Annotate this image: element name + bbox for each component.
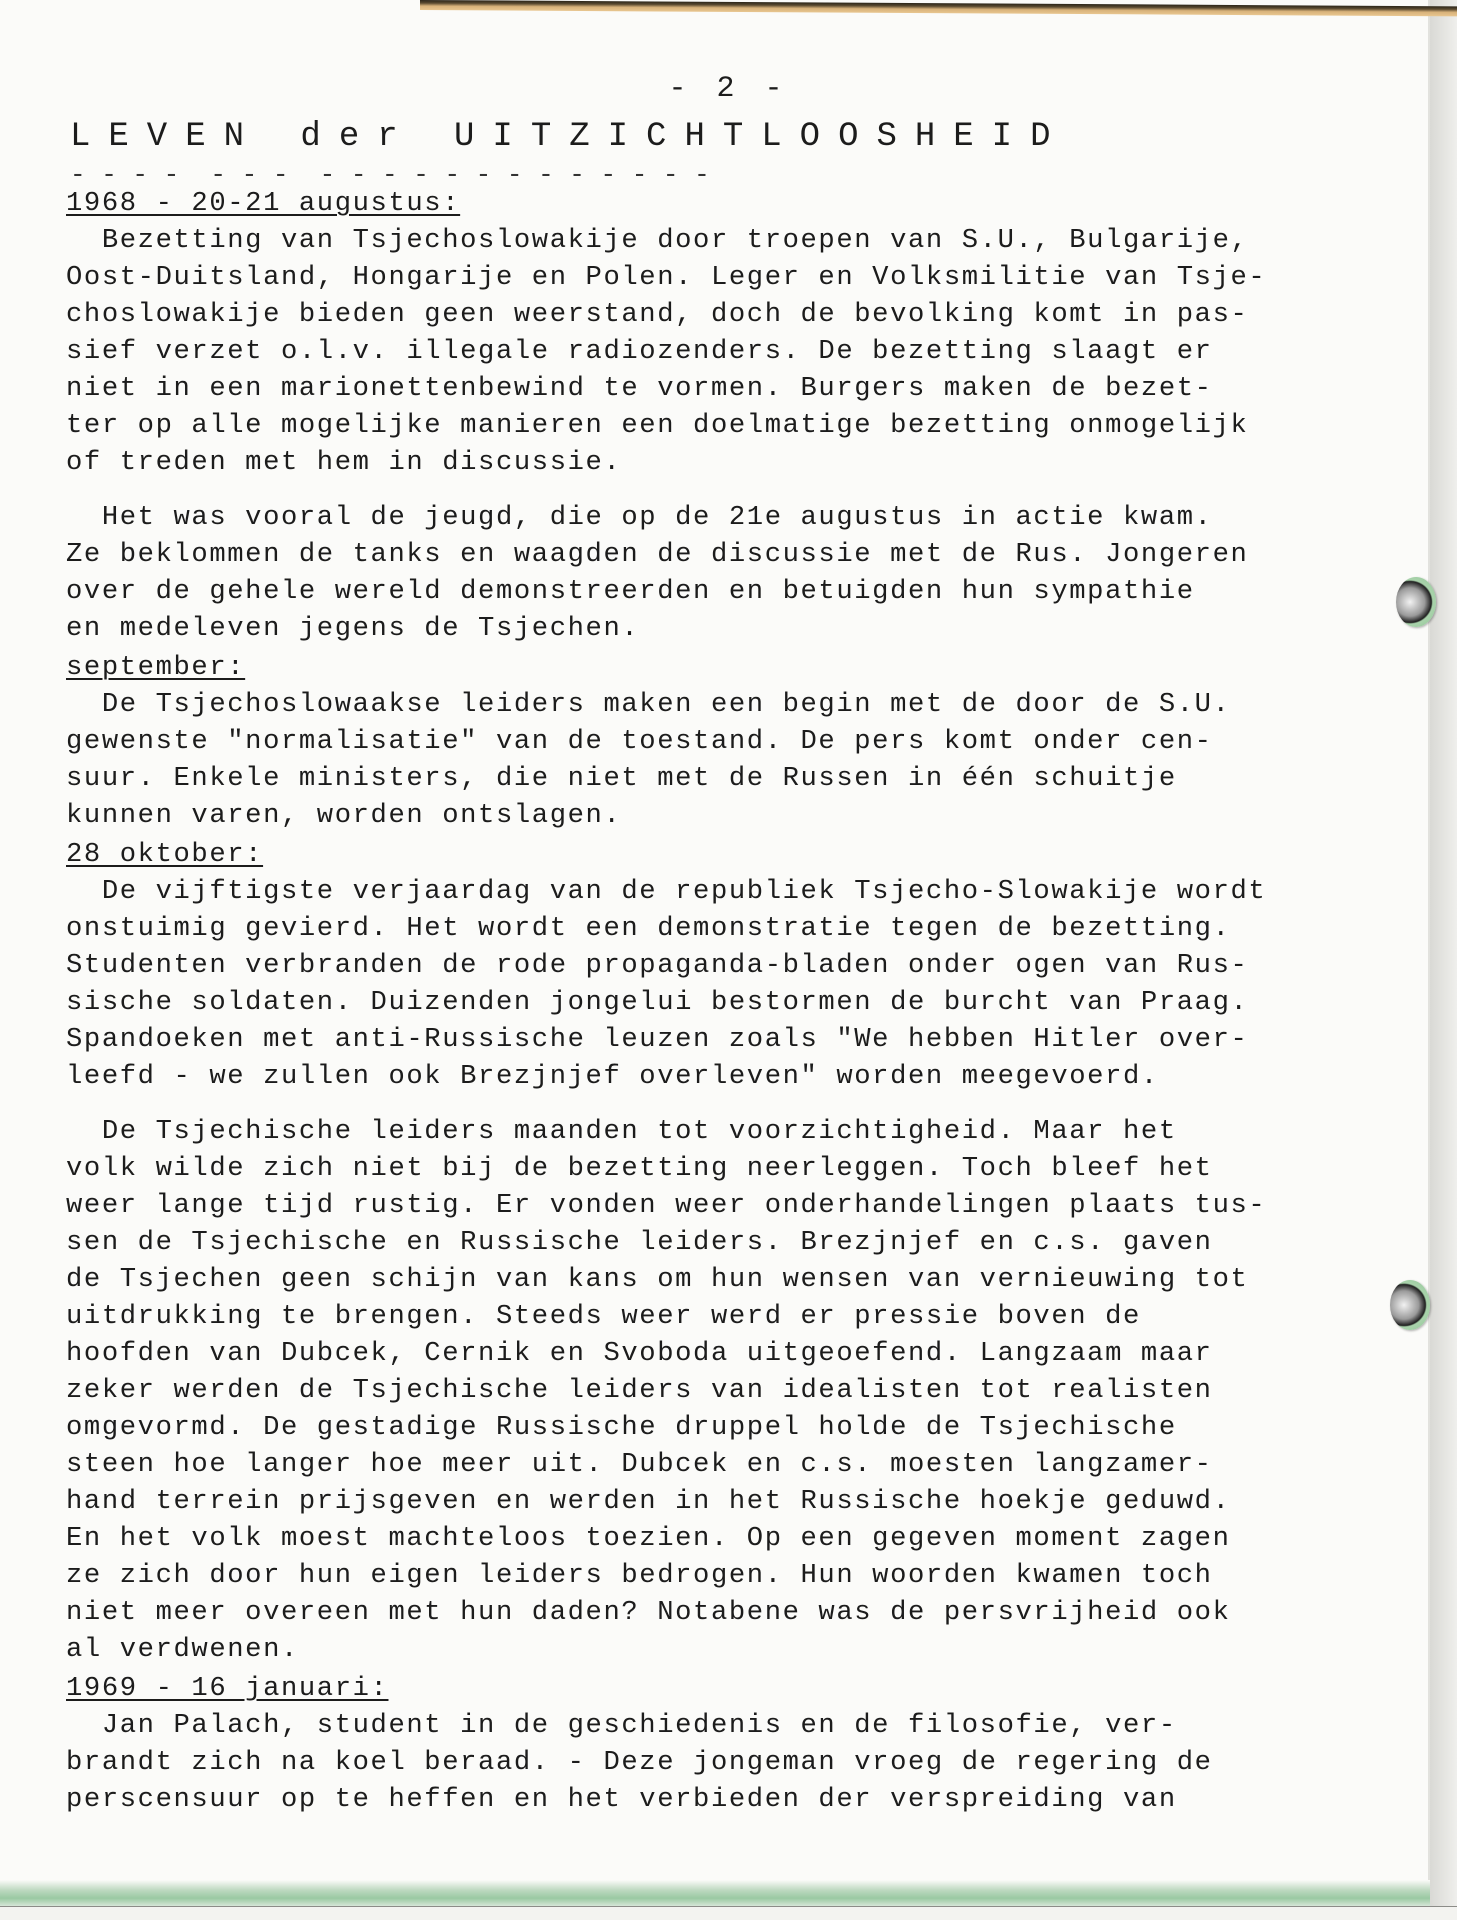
text-line: Het was vooral de jeugd, die op de 21e a… — [66, 499, 1406, 536]
text-line: al verdwenen. — [66, 1631, 1406, 1668]
paragraph: Jan Palach, student in de geschiedenis e… — [66, 1707, 1406, 1818]
text-line: Spandoeken met anti-Russische leuzen zoa… — [66, 1021, 1406, 1058]
text-line: of treden met hem in discussie. — [66, 444, 1406, 481]
section-heading: september: — [66, 649, 245, 686]
text-line: De Tsjechoslowaakse leiders maken een be… — [66, 686, 1406, 723]
section-heading: 1968 - 20-21 augustus: — [66, 185, 460, 222]
text-line: steen hoe langer hoe meer uit. Dubcek en… — [66, 1446, 1406, 1483]
text-line: choslowakije bieden geen weerstand, doch… — [66, 296, 1406, 333]
text-line: sen de Tsjechische en Russische leiders.… — [66, 1224, 1406, 1261]
text-line: De Tsjechische leiders maanden tot voorz… — [66, 1113, 1406, 1150]
text-line: suur. Enkele ministers, die niet met de … — [66, 760, 1406, 797]
text-line: en medeleven jegens de Tsjechen. — [66, 610, 1406, 647]
text-line: gewenste "normalisatie" van de toestand.… — [66, 723, 1406, 760]
text-line: sische soldaten. Duizenden jongelui best… — [66, 984, 1406, 1021]
text-line: En het volk moest machteloos toezien. Op… — [66, 1520, 1406, 1557]
binder-hole-icon — [1396, 577, 1436, 627]
document-body: 1968 - 20-21 augustus: Bezetting van Tsj… — [66, 183, 1406, 1818]
page-number: - 2 - — [0, 72, 1457, 106]
text-line: ze zich door hun eigen leiders bedrogen.… — [66, 1557, 1406, 1594]
paragraph: Bezetting van Tsjechoslowakije door troe… — [66, 222, 1406, 481]
paragraph: De Tsjechoslowaakse leiders maken een be… — [66, 686, 1406, 834]
green-bottom-band — [0, 1880, 1430, 1906]
text-line: omgevormd. De gestadige Russische druppe… — [66, 1409, 1406, 1446]
text-line: volk wilde zich niet bij de bezetting ne… — [66, 1150, 1406, 1187]
binder-hole-icon — [1390, 1280, 1430, 1330]
text-line: leefd - we zullen ook Brezjnjef overleve… — [66, 1058, 1406, 1095]
page-title: LEVEN der UITZICHTLOOSHEID — [70, 118, 1069, 156]
text-line: zeker werden de Tsjechische leiders van … — [66, 1372, 1406, 1409]
text-line: Oost-Duitsland, Hongarije en Polen. Lege… — [66, 259, 1406, 296]
section-heading: 28 oktober: — [66, 836, 263, 873]
paragraph: De Tsjechische leiders maanden tot voorz… — [66, 1113, 1406, 1668]
text-line: hand terrein prijsgeven en werden in het… — [66, 1483, 1406, 1520]
text-line: Studenten verbranden de rode propaganda-… — [66, 947, 1406, 984]
text-line: ter op alle mogelijke manieren een doelm… — [66, 407, 1406, 444]
text-line: perscensuur op te heffen en het verbiede… — [66, 1781, 1406, 1818]
text-line: onstuimig gevierd. Het wordt een demonst… — [66, 910, 1406, 947]
text-line: de Tsjechen geen schijn van kans om hun … — [66, 1261, 1406, 1298]
text-line: brandt zich na koel beraad. - Deze jonge… — [66, 1744, 1406, 1781]
text-line: Jan Palach, student in de geschiedenis e… — [66, 1707, 1406, 1744]
section-heading: 1969 - 16 januari: — [66, 1670, 388, 1707]
text-line: Bezetting van Tsjechoslowakije door troe… — [66, 222, 1406, 259]
text-line: hoofden van Dubcek, Cernik en Svoboda ui… — [66, 1335, 1406, 1372]
text-line: De vijftigste verjaardag van de republie… — [66, 873, 1406, 910]
text-line: weer lange tijd rustig. Er vonden weer o… — [66, 1187, 1406, 1224]
text-line: niet meer overeen met hun daden? Notaben… — [66, 1594, 1406, 1631]
page-bottom-edge — [0, 1906, 1457, 1920]
paragraph: Het was vooral de jeugd, die op de 21e a… — [66, 499, 1406, 647]
paragraph: De vijftigste verjaardag van de republie… — [66, 873, 1406, 1095]
text-line: niet in een marionettenbewind te vormen.… — [66, 370, 1406, 407]
text-line: uitdrukking te brengen. Steeds weer werd… — [66, 1298, 1406, 1335]
page-edge — [1430, 0, 1457, 1920]
text-line: Ze beklommen de tanks en waagden de disc… — [66, 536, 1406, 573]
text-line: over de gehele wereld demonstreerden en … — [66, 573, 1406, 610]
text-line: kunnen varen, worden ontslagen. — [66, 797, 1406, 834]
text-line: sief verzet o.l.v. illegale radiozenders… — [66, 333, 1406, 370]
